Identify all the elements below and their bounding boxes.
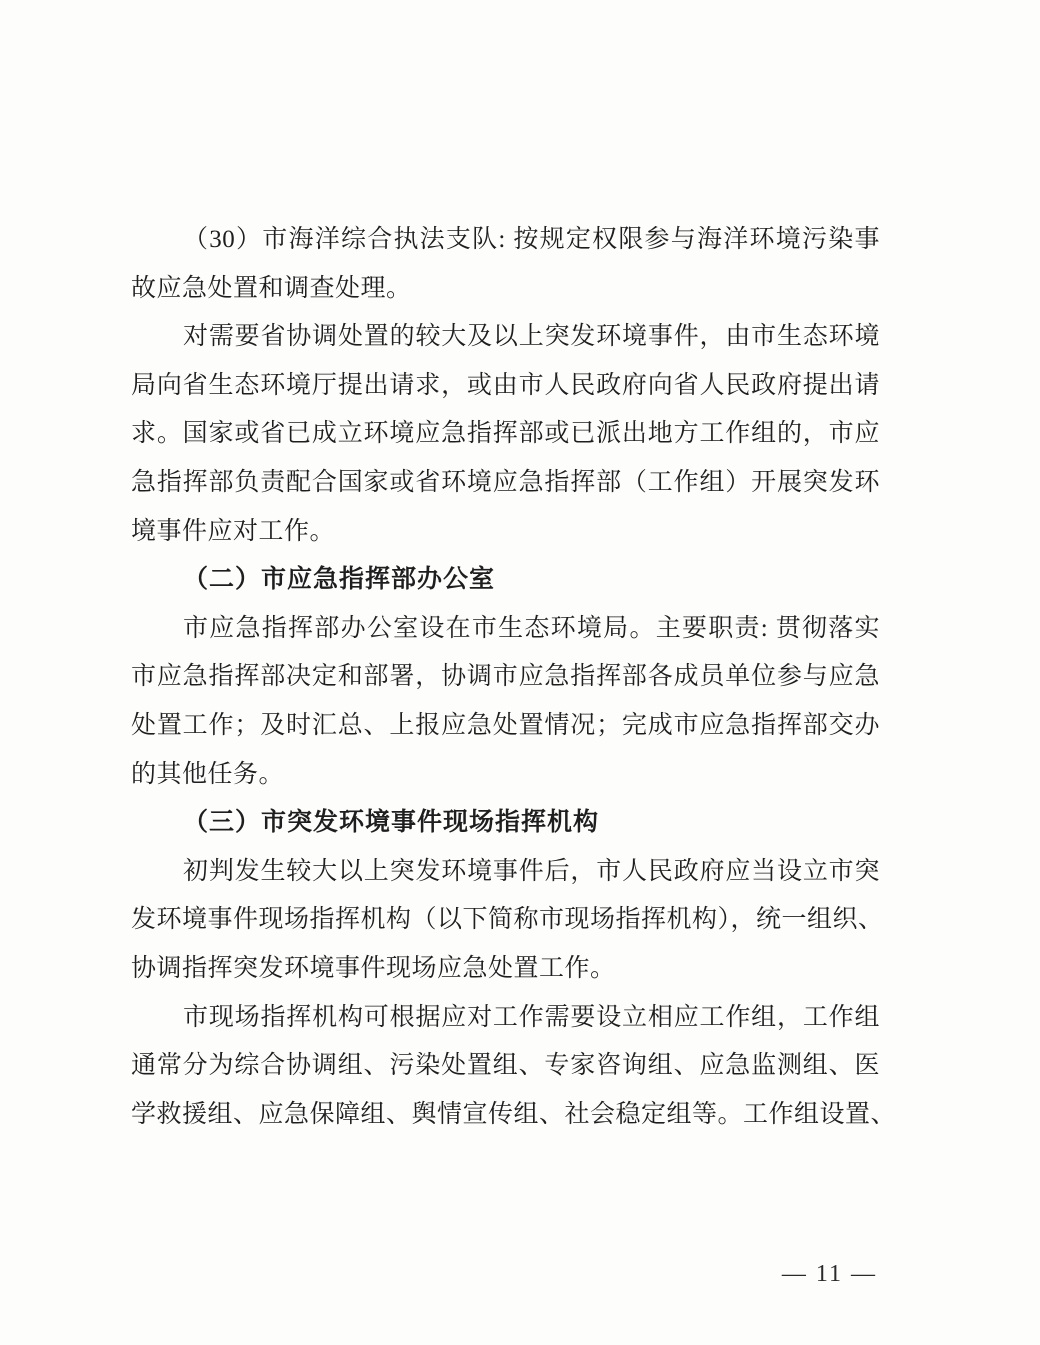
document-body: （30）市海洋综合执法支队: 按规定权限参与海洋环境污染事故应急处置和调查处理。… <box>131 216 880 1139</box>
document-page: （30）市海洋综合执法支队: 按规定权限参与海洋环境污染事故应急处置和调查处理。… <box>0 0 1040 1345</box>
section-heading: （二）市应急指挥部办公室 <box>131 556 880 605</box>
page-number: — 11 — <box>782 1256 877 1292</box>
text-line: 初判发生较大以上突发环境事件后，市人民政府应当设立市突 <box>131 848 880 897</box>
text-line: 境事件应对工作。 <box>131 508 880 557</box>
text-line: 市应急指挥部决定和部署，协调市应急指挥部各成员单位参与应急 <box>131 653 880 702</box>
text-line: 对需要省协调处置的较大及以上突发环境事件，由市生态环境 <box>131 313 880 362</box>
text-line: 急指挥部负责配合国家或省环境应急指挥部（工作组）开展突发环 <box>131 459 880 508</box>
text-line: 通常分为综合协调组、污染处置组、专家咨询组、应急监测组、医 <box>131 1042 880 1091</box>
text-line: 处置工作；及时汇总、上报应急处置情况；完成市应急指挥部交办 <box>131 702 880 751</box>
text-line: 发环境事件现场指挥机构（以下简称市现场指挥机构），统一组织、 <box>131 896 880 945</box>
text-line: 求。国家或省已成立环境应急指挥部或已派出地方工作组的，市应 <box>131 410 880 459</box>
text-line: 市应急指挥部办公室设在市生态环境局。主要职责: 贯彻落实 <box>131 605 880 654</box>
section-heading: （三）市突发环境事件现场指挥机构 <box>131 799 880 848</box>
text-line: 的其他任务。 <box>131 751 880 800</box>
text-line: 协调指挥突发环境事件现场应急处置工作。 <box>131 945 880 994</box>
text-line: 局向省生态环境厅提出请求，或由市人民政府向省人民政府提出请 <box>131 362 880 411</box>
text-line: 学救援组、应急保障组、舆情宣传组、社会稳定组等。工作组设置、 <box>131 1091 880 1140</box>
text-line: （30）市海洋综合执法支队: 按规定权限参与海洋环境污染事 <box>131 216 880 265</box>
text-line: 故应急处置和调查处理。 <box>131 265 880 314</box>
text-line: 市现场指挥机构可根据应对工作需要设立相应工作组，工作组 <box>131 994 880 1043</box>
